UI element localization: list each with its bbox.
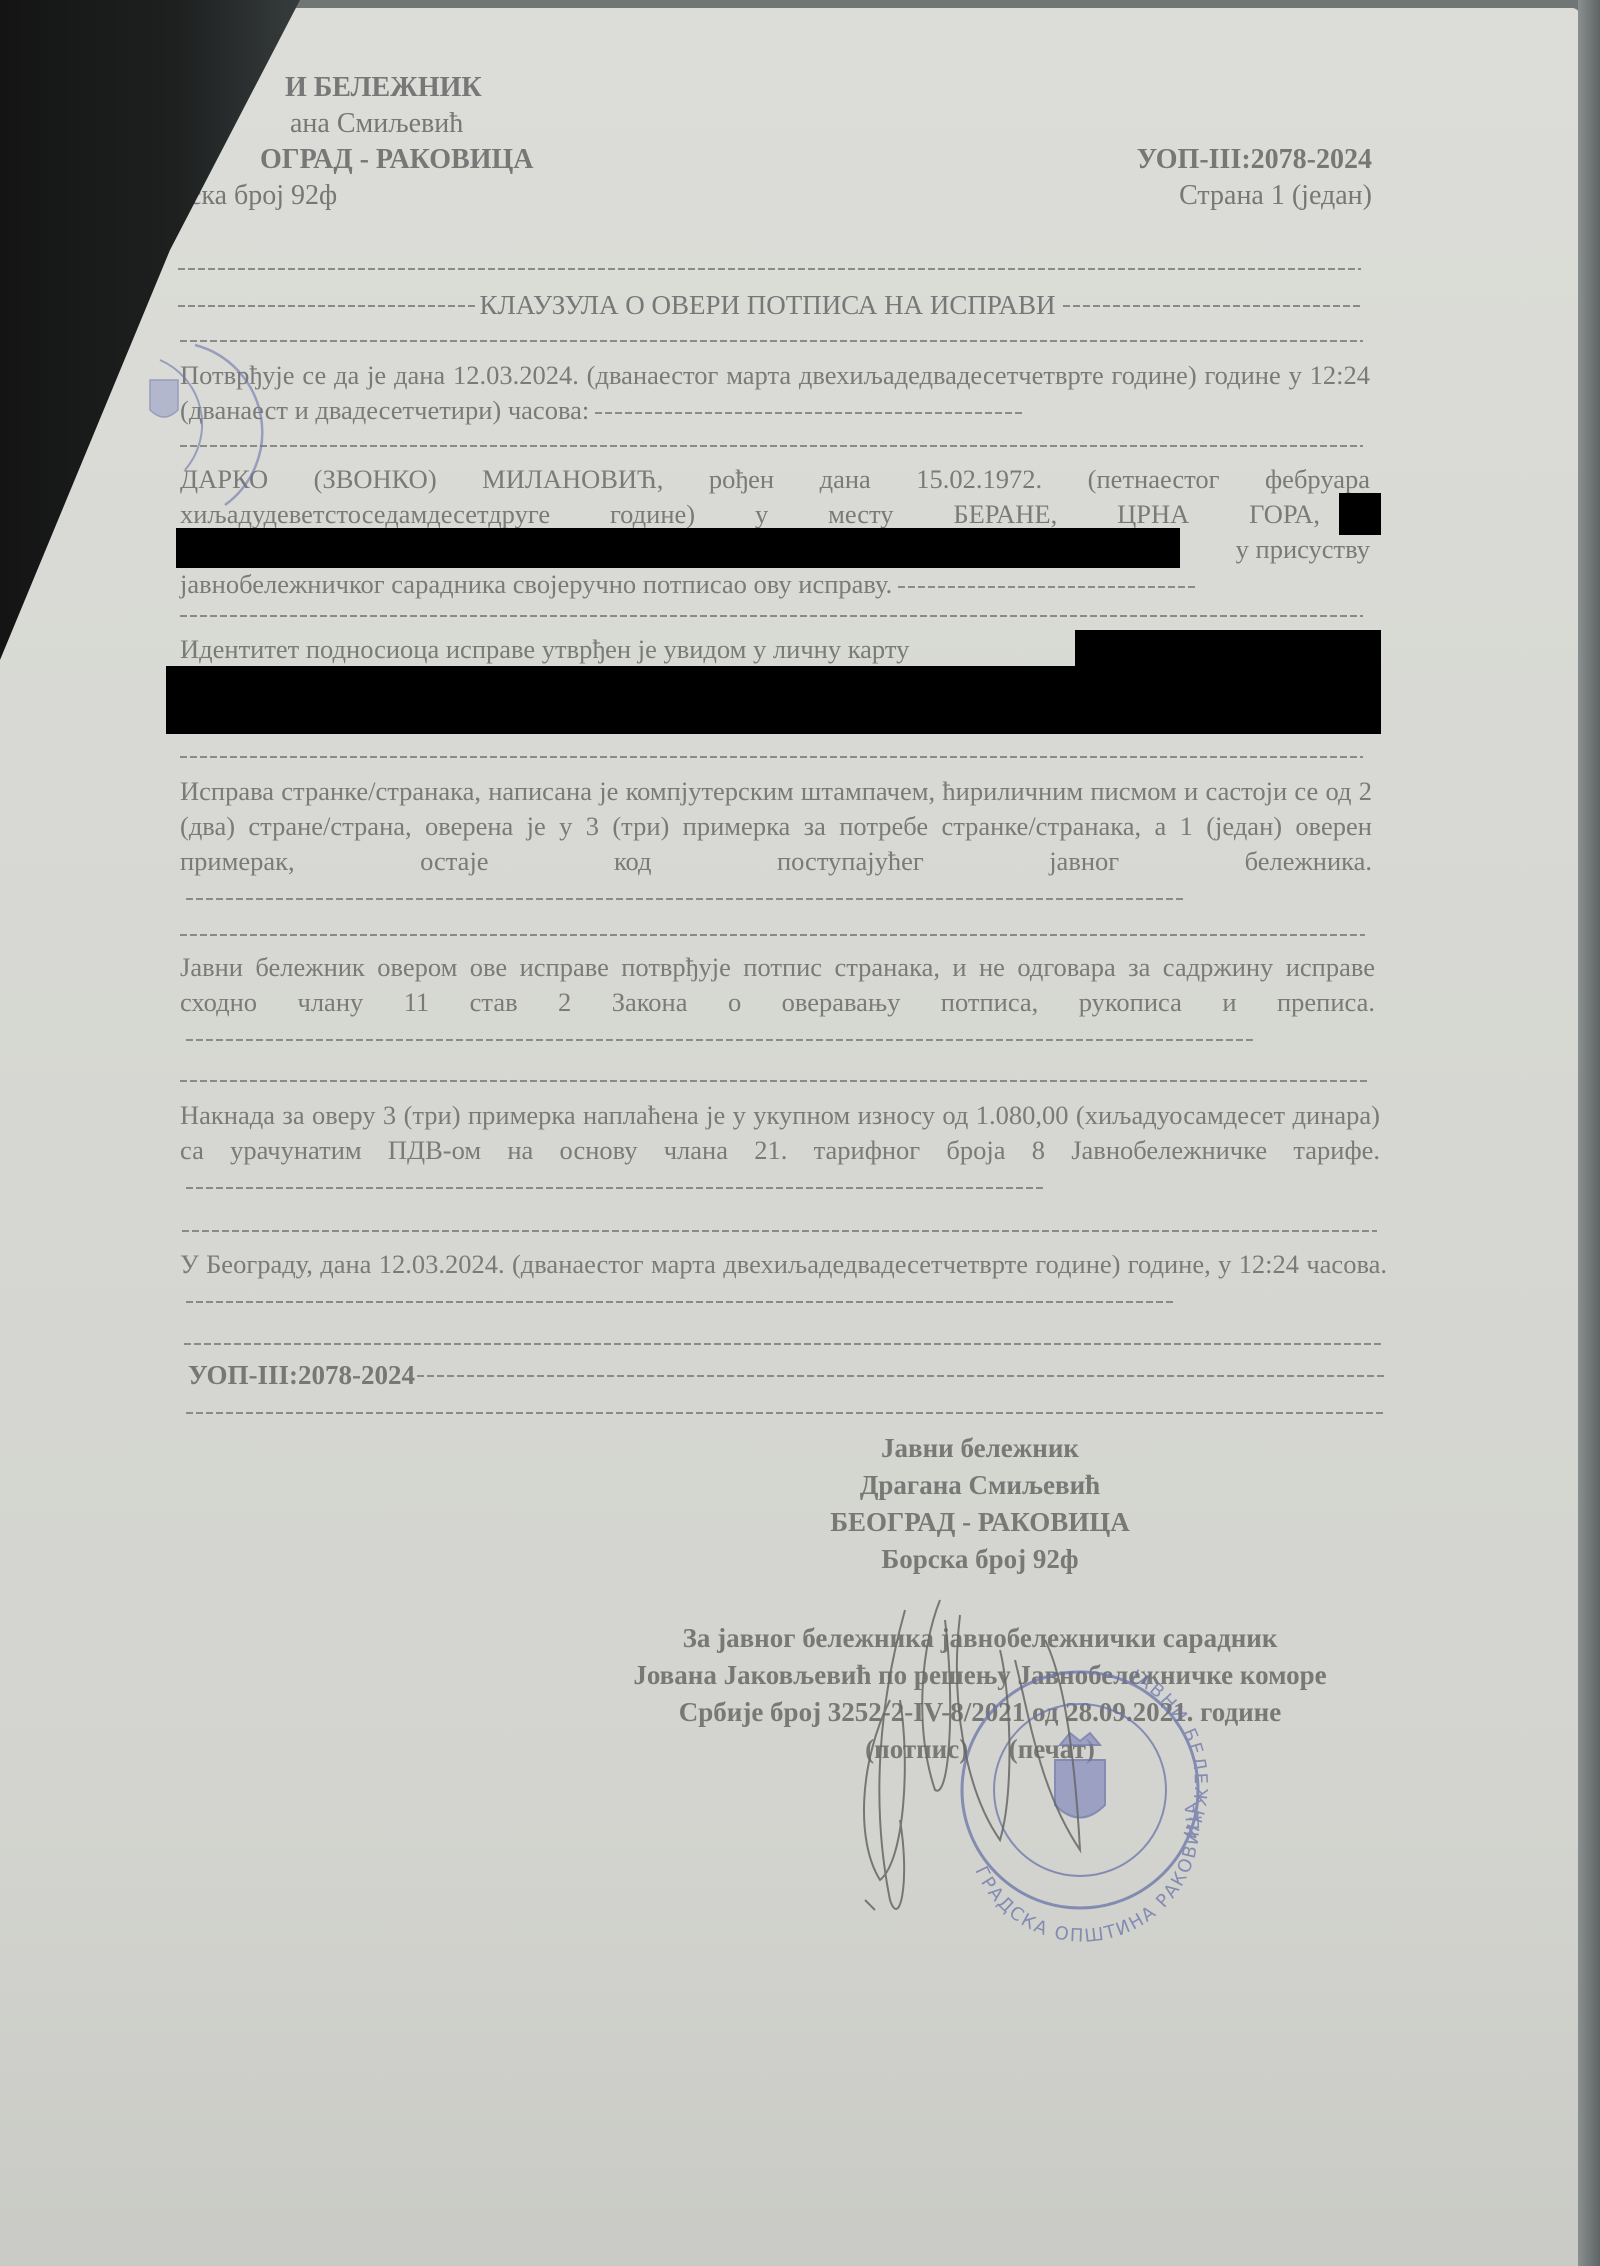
header-city: ОГРАД - РАКОВИЦА	[175, 142, 534, 178]
notary-role: Јавни бележник	[640, 1430, 1320, 1467]
notary-signature-block: Јавни бележник Драгана Смиљевић БЕОГРАД …	[640, 1430, 1320, 1578]
paragraph-liability: Јавни бележник овером ове исправе потврђ…	[180, 950, 1375, 1055]
dash-separator	[180, 1080, 1370, 1082]
signatory-line-1: ДАРКО (ЗВОНКО) МИЛАНОВИЋ, рођен дана 15.…	[180, 462, 1370, 497]
background-right-edge	[1578, 0, 1600, 2266]
paragraph-text: Јавни бележник овером ове исправе потврђ…	[180, 952, 1375, 1017]
paragraph-fee: Накнада за оверу 3 (три) примерка наплаћ…	[180, 1098, 1380, 1203]
paragraph-text: јавнобележничког сарадника својеручно по…	[180, 569, 892, 599]
dash-fill	[595, 412, 1025, 414]
notary-header-right: УОП-III:2078-2024 Страна 1 (један)	[1137, 142, 1372, 214]
associate-line-2: Јована Јаковљевић по решењу Јавнобележни…	[540, 1657, 1420, 1694]
notary-address: Борска број 92ф	[640, 1541, 1320, 1578]
case-number-footer-row: УОП-III:2078-2024	[188, 1360, 1384, 1391]
paragraph-text: Исправа странке/странака, написана је ко…	[180, 776, 1372, 876]
dash-separator	[182, 1230, 1377, 1232]
dash-separator	[180, 756, 1363, 758]
case-number-footer: УОП-III:2078-2024	[188, 1360, 415, 1391]
clause-title: КЛАУЗУЛА О ОВЕРИ ПОТПИСА НА ИСПРАВИ	[480, 290, 1056, 321]
dash-fill	[178, 305, 476, 307]
associate-line-1: За јавног бележника јавнобележнички сара…	[540, 1620, 1420, 1657]
dash-fill	[898, 586, 1198, 588]
header-address: рска број 92ф	[175, 178, 534, 214]
associate-block: За јавног бележника јавнобележнички сара…	[540, 1620, 1420, 1768]
signature-seal-labels: (потпис) (печат)	[540, 1731, 1420, 1768]
paragraph-text: Идентитет подносиоца исправе утврђен је …	[180, 634, 909, 664]
paragraph-document-description: Исправа странке/странака, написана је ко…	[180, 774, 1372, 914]
dash-fill	[186, 898, 1186, 900]
dash-separator	[184, 1343, 1382, 1345]
signatory-line-2: хиљадудеветстоседамдесетдруге године) у …	[180, 497, 1320, 532]
redaction-box	[1075, 630, 1381, 670]
dash-fill	[186, 1187, 1046, 1189]
case-number: УОП-III:2078-2024	[1137, 142, 1372, 178]
associate-line-3: Србије број 3252-2-IV-8/2021 од 28.09.20…	[540, 1694, 1420, 1731]
paragraph-text: У Београду, дана 12.03.2024. (дванаестог…	[180, 1249, 1387, 1279]
dash-separator	[178, 268, 1361, 270]
redaction-box	[166, 666, 1381, 734]
paragraph-place-date: У Београду, дана 12.03.2024. (дванаестог…	[180, 1247, 1387, 1317]
dash-fill	[1063, 305, 1361, 307]
dash-fill	[186, 1039, 1256, 1041]
dash-separator	[180, 340, 1363, 342]
dash-separator	[186, 1412, 1386, 1414]
page-number: Страна 1 (један)	[1137, 178, 1372, 214]
notary-name: Драгана Смиљевић	[640, 1467, 1320, 1504]
signatory-line-4: јавнобележничког сарадника својеручно по…	[180, 567, 1370, 602]
clause-title-row: КЛАУЗУЛА О ОВЕРИ ПОТПИСА НА ИСПРАВИ	[178, 290, 1361, 321]
redaction-box	[1339, 493, 1381, 535]
dash-separator	[180, 615, 1363, 617]
paragraph-text: Накнада за оверу 3 (три) примерка наплаћ…	[180, 1100, 1380, 1165]
dash-separator	[180, 445, 1363, 447]
dash-separator	[180, 934, 1365, 936]
dash-fill	[186, 1301, 1176, 1303]
paragraph-confirmation: Потврђује се да је дана 12.03.2024. (два…	[180, 358, 1370, 428]
notary-city: БЕОГРАД - РАКОВИЦА	[640, 1504, 1320, 1541]
redaction-box	[176, 528, 1180, 568]
dash-fill	[417, 1375, 1384, 1377]
paragraph-text: Потврђује се да је дана 12.03.2024. (два…	[180, 360, 1370, 425]
